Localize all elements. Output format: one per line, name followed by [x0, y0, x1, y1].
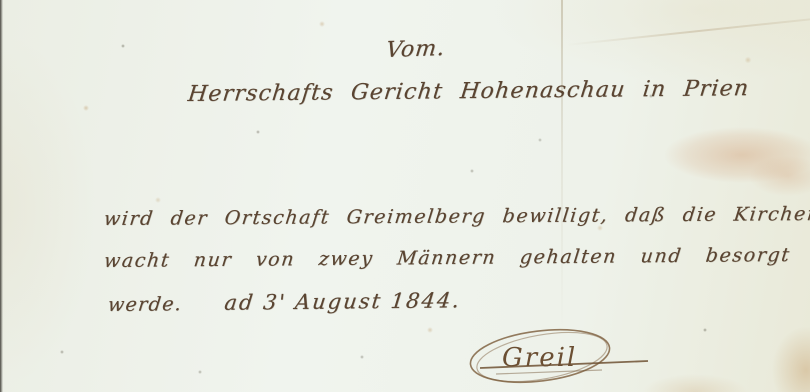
body-line-3: werde.ad 3' August 1844.	[107, 288, 463, 316]
top-right-crease	[566, 17, 810, 46]
addressee-line: Herrschafts Gericht Hohenaschau in Prien	[187, 76, 751, 107]
body-line-1: wird der Ortschaft Greimelberg bewilligt…	[103, 203, 810, 230]
body-line-3-word: werde.	[107, 293, 184, 316]
docket-title: Vom.	[385, 36, 447, 63]
body-line-2: wacht nur von zwey Männern gehalten und …	[103, 244, 792, 272]
signature-flourish: Greil	[452, 326, 652, 390]
signature-text: Greil	[502, 343, 577, 373]
dateline: ad 3' August 1844.	[223, 288, 462, 314]
document-paper: Vom. Herrschafts Gericht Hohenaschau in …	[0, 0, 810, 392]
signature: Greil	[452, 326, 652, 390]
scan-edge-left	[0, 0, 3, 392]
